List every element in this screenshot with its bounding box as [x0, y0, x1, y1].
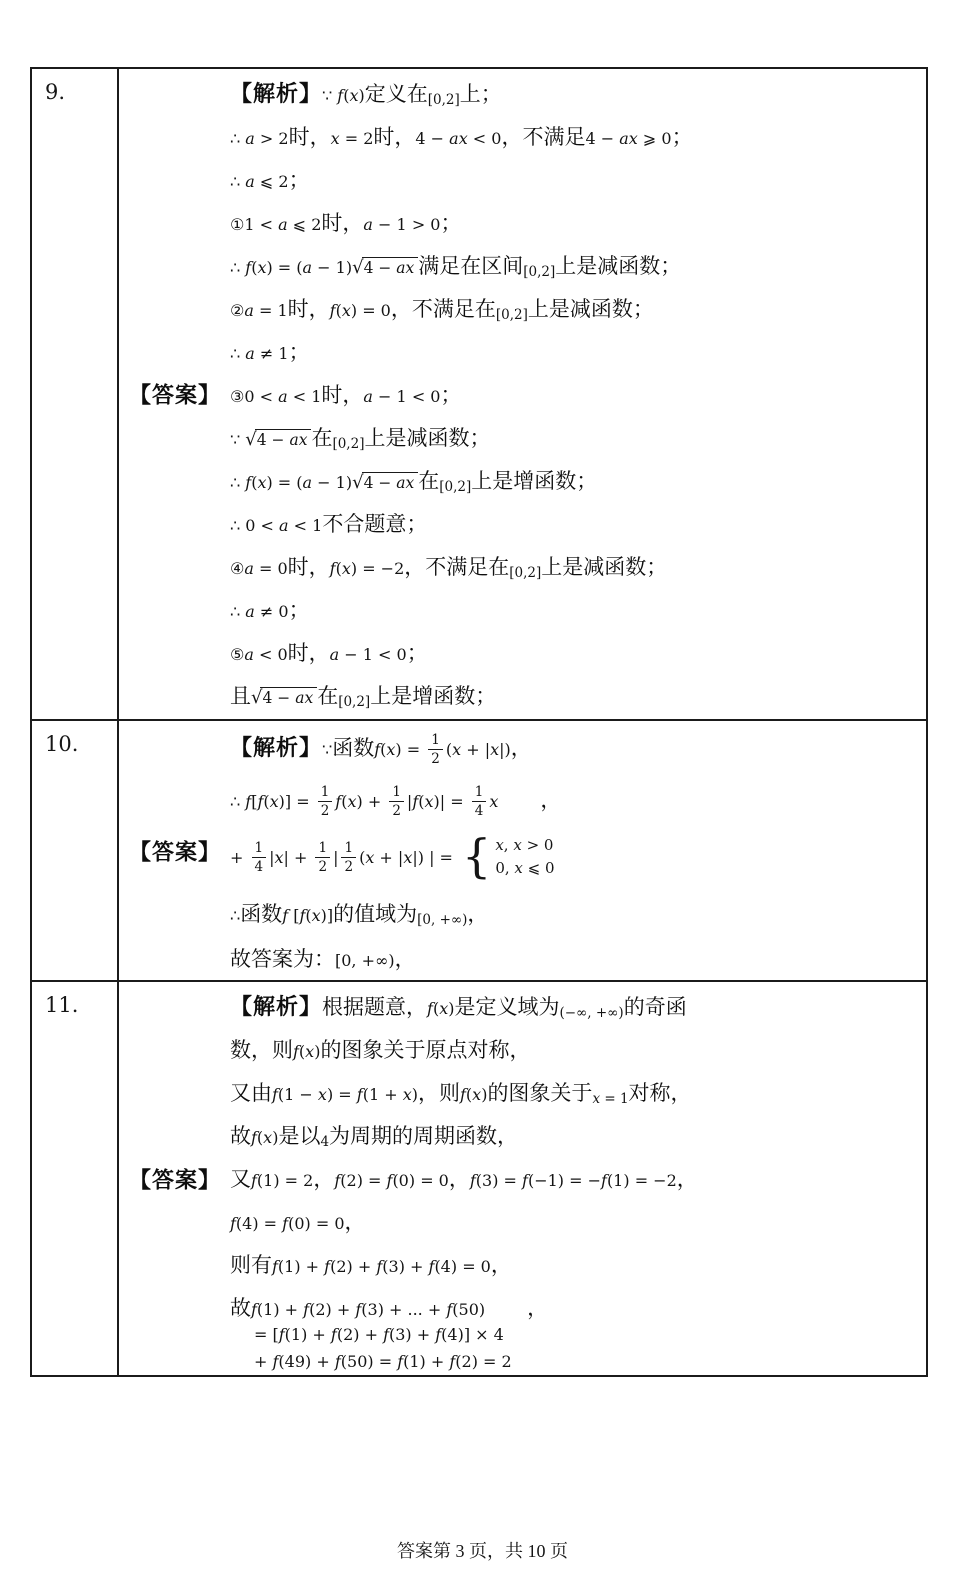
math-text: ∴ 0 < a < 1: [230, 516, 322, 535]
chinese-text: 函数: [240, 903, 282, 926]
chinese-text: ；: [289, 341, 310, 364]
chinese-text: 根据题意，: [322, 996, 427, 1019]
math-small: [0,2]: [496, 307, 528, 323]
radicand: 4 − ax: [362, 257, 419, 277]
math-small: [0,2]: [439, 479, 471, 495]
analysis-label: 【解析】: [230, 81, 322, 106]
solution-line: ∴ a ≠ 0；: [230, 594, 926, 624]
chinese-text: 是定义域为: [454, 996, 559, 1019]
chinese-text: 又: [230, 1168, 251, 1191]
solution-line: ∵ √4 − ax在[0,2]上是减函数；: [230, 422, 926, 452]
chinese-text: ，: [345, 1211, 366, 1234]
math-text: = [f(1) + f(2) + f(3) + f(4)] × 4: [254, 1325, 504, 1344]
fraction: 12: [428, 732, 443, 767]
chinese-text: 则有: [230, 1254, 272, 1277]
chinese-text: 不合题意；: [322, 513, 427, 536]
chinese-text: 的奇函: [624, 996, 687, 1019]
fraction: 14: [472, 784, 487, 819]
math-text: ∴ f(x) = (a − 1): [230, 473, 352, 492]
analysis-label: 【解析】: [230, 735, 322, 760]
math-small: [0,2]: [523, 264, 555, 280]
chinese-text: ；: [440, 384, 461, 407]
math-text: ∴: [230, 906, 240, 925]
chinese-text: ；: [407, 642, 428, 665]
math-text: f(1 − x) = f(1 + x): [272, 1085, 418, 1104]
solution-line: 【解析】根据题意，f(x)是定义域为(−∞, +∞)的奇函: [230, 990, 926, 1021]
math-text: |x| +: [269, 848, 312, 867]
math-text: |: [333, 848, 338, 867]
chinese-text: 满足在区间: [418, 255, 523, 278]
chinese-text: 为周期的周期函数，: [329, 1125, 518, 1148]
chinese-text: 上；: [460, 83, 502, 106]
chinese-text: ，: [511, 737, 532, 760]
denominator: 4: [472, 802, 487, 819]
math-text: ∵: [230, 430, 245, 449]
denominator: 4: [252, 858, 267, 875]
denominator: 2: [341, 858, 356, 875]
solution-lines-q10: 【解析】∵函数f(x) = 12(x + |x|)，∴ f[f(x)] = 12…: [119, 721, 926, 973]
answer-content-cell-q9: 【答案】 【解析】∵ f(x)定义在[0,2]上；∴ a > 2时，x = 2时…: [119, 69, 926, 719]
answer-sheet-page: 9. 【答案】 【解析】∵ f(x)定义在[0,2]上；∴ a > 2时，x =…: [0, 0, 965, 1587]
solution-line: ⑤a < 0时，a − 1 < 0；: [230, 637, 926, 667]
sqrt-expression: √4 − ax: [251, 690, 317, 707]
math-text: a − 1 > 0: [363, 215, 440, 234]
math-text: [0, +∞): [335, 951, 395, 970]
chinese-text: 上是减函数；: [555, 255, 681, 278]
solution-line: 数，则f(x)的图象关于原点对称，: [230, 1034, 926, 1064]
chinese-text: 时，: [288, 556, 330, 579]
math-text: ①1 < a ⩽ 2: [230, 215, 321, 234]
math-text: f [f(x)]: [282, 906, 333, 925]
answer-table: 9. 【答案】 【解析】∵ f(x)定义在[0,2]上；∴ a > 2时，x =…: [30, 67, 928, 1377]
solution-line: ∴ f(x) = (a − 1)√4 − ax满足在区间[0,2]上是减函数；: [230, 250, 926, 280]
math-small: x = 1: [592, 1091, 628, 1107]
solution-line: ①1 < a ⩽ 2时，a − 1 > 0；: [230, 207, 926, 237]
math-text: ∴ f[f(x)] =: [230, 792, 315, 811]
chinese-text: 故答案为：: [230, 948, 335, 971]
math-text: 4 − ax ⩾ 0: [585, 129, 671, 148]
chinese-text: ，: [313, 1168, 334, 1191]
math-text: 4 − ax < 0: [415, 129, 501, 148]
answer-content-cell-q10: 【答案】 【解析】∵函数f(x) = 12(x + |x|)，∴ f[f(x)]…: [119, 721, 926, 980]
math-text: ④a = 0: [230, 559, 288, 578]
numerator: 1: [318, 784, 333, 802]
denominator: 2: [428, 750, 443, 767]
solution-line: ∴ a ⩽ 2；: [230, 164, 926, 194]
solution-line: 故答案为：[0, +∞)，: [230, 943, 926, 973]
chinese-text: ；: [440, 212, 461, 235]
denominator: 2: [389, 802, 404, 819]
math-text: ②a = 1: [230, 301, 288, 320]
answer-label-q11: 【答案】: [129, 1163, 221, 1194]
sqrt-expression: √4 − ax: [352, 260, 418, 277]
numerator: 1: [341, 840, 356, 858]
math-text: f(4) = f(0) = 0: [230, 1214, 345, 1233]
math-text: + f(49) + f(50) = f(1) + f(2) = 2: [254, 1352, 512, 1371]
solution-line: ②a = 1时，f(x) = 0，不满足在[0,2]上是减函数；: [230, 293, 926, 323]
solution-line: 则有f(1) + f(2) + f(3) + f(4) = 0，: [230, 1249, 926, 1279]
math-text: a − 1 < 0: [363, 387, 440, 406]
chinese-text: ，: [491, 1254, 512, 1277]
chinese-text: 数，则: [230, 1039, 293, 1062]
chinese-text: ，不满足: [501, 126, 585, 149]
solution-line: ∴ 0 < a < 1不合题意；: [230, 508, 926, 538]
answer-row-q9: 9. 【答案】 【解析】∵ f(x)定义在[0,2]上；∴ a > 2时，x =…: [32, 69, 926, 721]
solution-line: ③0 < a < 1时，a − 1 < 0；: [230, 379, 926, 409]
solution-line: + f(49) + f(50) = f(1) + f(2) = 2: [230, 1352, 926, 1375]
left-brace: {: [462, 835, 491, 879]
solution-lines-q9: 【解析】∵ f(x)定义在[0,2]上；∴ a > 2时，x = 2时，4 − …: [119, 69, 926, 721]
math-small: [0, +∞): [417, 912, 467, 928]
question-number-9: 9.: [32, 69, 119, 719]
numerator: 1: [252, 840, 267, 858]
math-text: f(x) = −2: [330, 559, 405, 578]
question-number-10: 10.: [32, 721, 119, 980]
math-text: f(3) = f(−1) = −f(1) = −2: [470, 1171, 677, 1190]
chinese-text: ；: [289, 169, 310, 192]
chinese-text: 故: [230, 1297, 251, 1320]
solution-line: f(4) = f(0) = 0，: [230, 1206, 926, 1236]
math-text: f(x): [427, 999, 454, 1018]
radicand: 4 − ax: [255, 429, 312, 449]
chinese-text: ，: [449, 1168, 470, 1191]
solution-line: 【解析】∵ f(x)定义在[0,2]上；: [230, 77, 926, 108]
numerator: 1: [315, 840, 330, 858]
fraction: 12: [315, 840, 330, 875]
answer-label-q10: 【答案】: [129, 835, 221, 866]
answer-row-q11: 11. 【答案】 【解析】根据题意，f(x)是定义域为(−∞, +∞)的奇函数，…: [32, 982, 926, 1375]
math-text: ∴ a > 2: [230, 129, 289, 148]
chinese-text: 是以: [278, 1125, 320, 1148]
math-small: [0,2]: [509, 565, 541, 581]
radicand: 4 − ax: [260, 687, 317, 707]
solution-line: 故f(x)是以4为周期的周期函数，: [230, 1120, 926, 1150]
chinese-text: 上是减函数；: [541, 556, 667, 579]
math-text: +: [230, 848, 249, 867]
case-stack: x, x > 00, x ⩽ 0: [495, 834, 554, 881]
chinese-text: 函数: [332, 737, 374, 760]
denominator: 2: [318, 802, 333, 819]
chinese-text: ，: [395, 948, 416, 971]
solution-line: ④a = 0时，f(x) = −2，不满足在[0,2]上是减函数；: [230, 551, 926, 581]
math-text: f(x) = 0: [330, 301, 391, 320]
solution-line: ∴ f[f(x)] = 12f(x) + 12|f(x)| = 14x ，: [230, 784, 926, 821]
chinese-text: 上是增函数；: [370, 685, 496, 708]
chinese-text: 时，: [373, 126, 415, 149]
analysis-label: 【解析】: [230, 994, 322, 1019]
solution-line: 又由f(1 − x) = f(1 + x)，则f(x)的图象关于x = 1对称，: [230, 1077, 926, 1107]
math-text: ∴ a ⩽ 2: [230, 172, 289, 191]
math-text: f(1) + f(2) + f(3) + ... + f(50): [251, 1300, 485, 1319]
math-text: f(x): [460, 1085, 487, 1104]
chinese-text: 在: [317, 685, 338, 708]
math-small: [0,2]: [332, 436, 364, 452]
chinese-text: ，: [677, 1168, 698, 1191]
solution-line: 【解析】∵函数f(x) = 12(x + |x|)，: [230, 731, 926, 769]
chinese-text: 对称，: [629, 1082, 692, 1105]
chinese-text: 定义在: [365, 83, 428, 106]
math-text: f(x): [251, 1128, 278, 1147]
math-text: ∵: [322, 740, 332, 759]
solution-line: ∴函数f [f(x)]的值域为[0, +∞)，: [230, 898, 926, 928]
math-small: [0,2]: [428, 92, 460, 108]
math-text: ∴ a ≠ 0: [230, 602, 289, 621]
chinese-text: 的图象关于: [487, 1082, 592, 1105]
math-text: (x + |x|): [446, 740, 511, 759]
math-text: x = 2: [331, 129, 374, 148]
math-text: f(x) +: [335, 792, 386, 811]
chinese-text: ，不满足在: [404, 556, 509, 579]
chinese-text: 且: [230, 685, 251, 708]
chinese-text: ，: [467, 903, 488, 926]
question-number-11: 11.: [32, 982, 119, 1375]
solution-lines-q11: 【解析】根据题意，f(x)是定义域为(−∞, +∞)的奇函数，则f(x)的图象关…: [119, 982, 926, 1375]
chinese-text: ，: [498, 789, 561, 812]
page-footer: 答案第 3 页，共 10 页: [0, 1537, 965, 1563]
chinese-text: ，不满足在: [391, 298, 496, 321]
chinese-text: ，则: [418, 1082, 460, 1105]
math-text: f(2) = f(0) = 0: [334, 1171, 449, 1190]
chinese-text: 的图象关于原点对称，: [320, 1039, 530, 1062]
fraction: 14: [252, 840, 267, 875]
numerator: 1: [389, 784, 404, 802]
solution-line: = [f(1) + f(2) + f(3) + f(4)] × 4: [230, 1325, 926, 1349]
sqrt-expression: √4 − ax: [352, 475, 418, 492]
solution-line: ∴ f(x) = (a − 1)√4 − ax在[0,2]上是增函数；: [230, 465, 926, 495]
chinese-text: ；: [672, 126, 693, 149]
math-small: [0,2]: [338, 694, 370, 710]
chinese-text: 时，: [321, 212, 363, 235]
fraction: 12: [341, 840, 356, 875]
chinese-text: 在: [311, 427, 332, 450]
math-text: f(1) + f(2) + f(3) + f(4) = 0: [272, 1257, 491, 1276]
math-text: ⑤a < 0: [230, 645, 288, 664]
chinese-text: 时，: [321, 384, 363, 407]
solution-line: 故f(1) + f(2) + f(3) + ... + f(50) ，: [230, 1292, 926, 1322]
chinese-text: 上是增函数；: [471, 470, 597, 493]
solution-line: 又f(1) = 2，f(2) = f(0) = 0，f(3) = f(−1) =…: [230, 1163, 926, 1193]
numerator: 1: [428, 732, 443, 750]
answer-content-cell-q11: 【答案】 【解析】根据题意，f(x)是定义域为(−∞, +∞)的奇函数，则f(x…: [119, 982, 926, 1375]
math-text: ∴ a ≠ 1: [230, 344, 289, 363]
math-text: ∴ f(x) = (a − 1): [230, 258, 352, 277]
chinese-text: 故: [230, 1125, 251, 1148]
chinese-text: 时，: [289, 126, 331, 149]
chinese-text: 时，: [288, 642, 330, 665]
chinese-text: 在: [418, 470, 439, 493]
fraction: 12: [389, 784, 404, 819]
chinese-text: 上是减函数；: [364, 427, 490, 450]
sqrt-expression: √4 − ax: [245, 432, 311, 449]
chinese-text: 上是减函数；: [528, 298, 654, 321]
math-text: ∵ f(x): [322, 86, 365, 105]
math-text: (x + |x|) | =: [359, 848, 458, 867]
math-text: a − 1 < 0: [330, 645, 407, 664]
numerator: 1: [472, 784, 487, 802]
math-small: (−∞, +∞): [559, 1005, 623, 1021]
chinese-text: ，: [485, 1297, 548, 1320]
chinese-text: 又由: [230, 1082, 272, 1105]
solution-line: 且√4 − ax在[0,2]上是增函数；: [230, 680, 926, 710]
denominator: 2: [315, 858, 330, 875]
answer-label-q9: 【答案】: [129, 379, 221, 410]
chinese-text: 时，: [288, 298, 330, 321]
math-text: f(x) =: [374, 740, 425, 759]
solution-line: ∴ a > 2时，x = 2时，4 − ax < 0，不满足4 − ax ⩾ 0…: [230, 121, 926, 151]
math-text: ③0 < a < 1: [230, 387, 321, 406]
math-text: |f(x)| =: [407, 792, 469, 811]
chinese-text: 的值域为: [333, 903, 417, 926]
fraction: 12: [318, 784, 333, 819]
answer-row-q10: 10. 【答案】 【解析】∵函数f(x) = 12(x + |x|)，∴ f[f…: [32, 721, 926, 982]
solution-line: + 14|x| + 12|12(x + |x|) | = {x, x > 00,…: [230, 836, 926, 883]
radicand: 4 − ax: [362, 472, 419, 492]
math-text: x: [489, 792, 498, 811]
piecewise-cases: {x, x > 00, x ⩽ 0: [462, 834, 555, 881]
solution-line: ∴ a ≠ 1；: [230, 336, 926, 366]
math-small: 4: [320, 1134, 329, 1150]
math-text: f(1) = 2: [251, 1171, 313, 1190]
math-text: f(x): [293, 1042, 320, 1061]
chinese-text: ；: [289, 599, 310, 622]
